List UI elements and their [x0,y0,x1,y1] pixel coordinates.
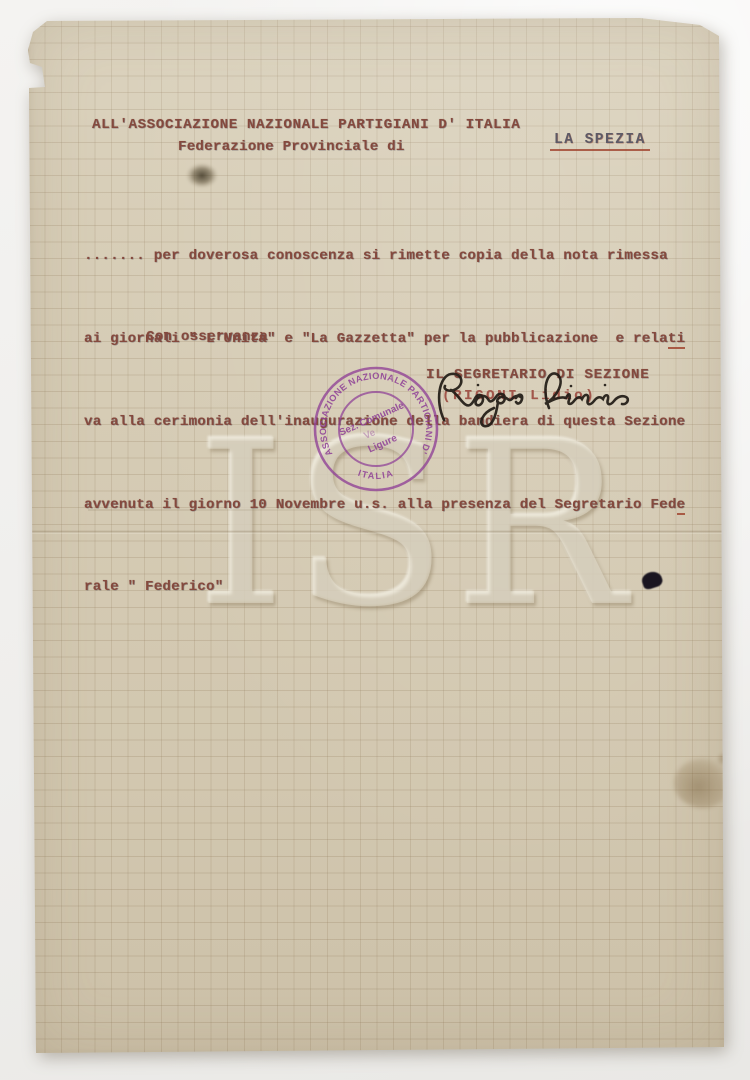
signature-i-dot [570,385,573,388]
signature-i-dot [604,384,607,387]
paper-stain-small [716,752,732,766]
ink-smudge [186,163,218,188]
body-line-5: rale " Federico" [84,574,685,602]
stamp-ring-text-bottom: ITALIA [357,468,396,481]
hyphenation-underline: e [677,497,686,515]
scanner-background: ISR ALL'ASSOCIAZIONE NAZIONALE PARTIGIAN… [0,0,750,1080]
signature-last-name-stroke [545,373,628,408]
closing-formula: Con osservanza [146,324,268,352]
federation-label: Federazione Provinciale di [178,134,405,162]
hyphenation-underline: ti [668,331,685,349]
stamp-center-line2: Ve [362,427,377,442]
federation-place: LA SPEZIA [550,132,650,151]
body-line-1: ....... per doverosa conoscenza si rimet… [84,243,685,271]
signature-first-name-stroke [439,374,522,426]
handwritten-signature [418,364,646,436]
document-page: ISR ALL'ASSOCIAZIONE NAZIONALE PARTIGIAN… [28,12,726,1056]
paper-stain [674,758,732,808]
signature-i-dot [477,384,480,387]
